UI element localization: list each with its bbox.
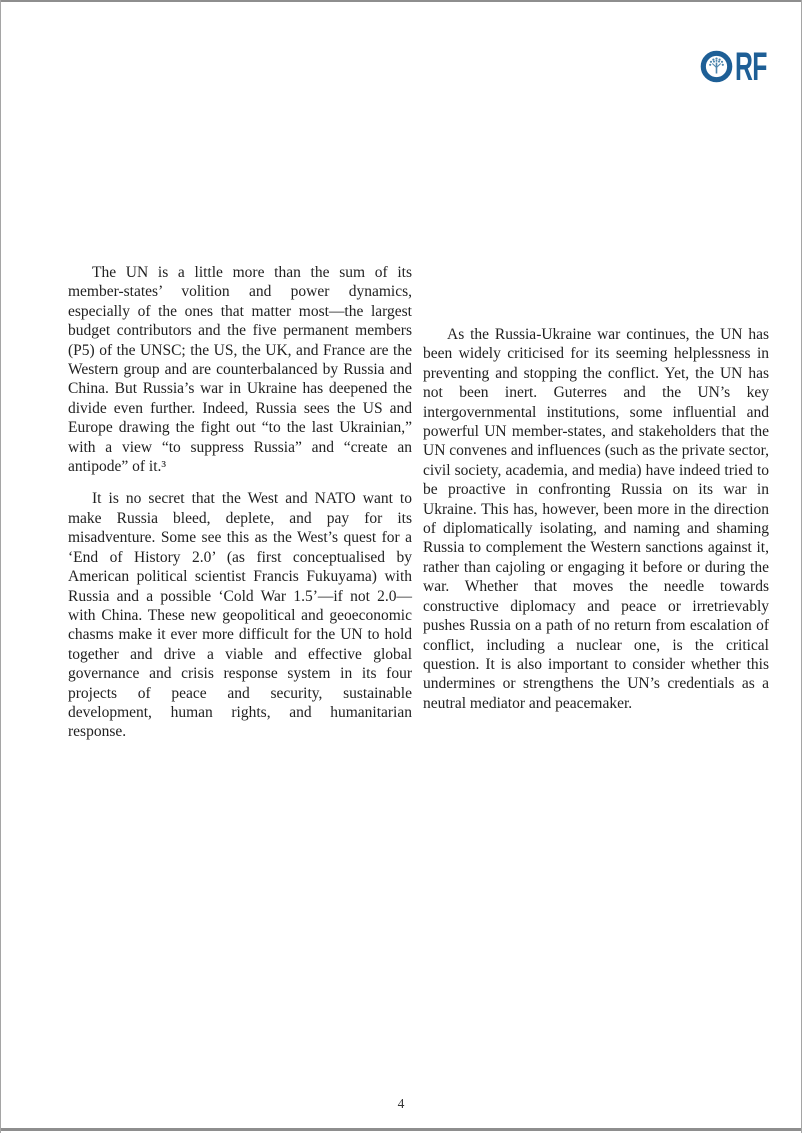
right-text-column: As the Russia-Ukraine war continues, the…: [423, 325, 769, 726]
left-text-column: The UN is a little more than the sum of …: [68, 263, 412, 755]
body-paragraph: The UN is a little more than the sum of …: [68, 263, 412, 476]
orf-logo-tree-icon: [700, 50, 733, 83]
page-number: 4: [0, 1096, 802, 1112]
page-border-top: [0, 0, 802, 2]
page-border-left: [0, 0, 1, 1133]
document-page: RF The UN is a little more than the sum …: [0, 0, 802, 1133]
orf-logo: RF: [700, 50, 786, 83]
body-paragraph: As the Russia-Ukraine war continues, the…: [423, 325, 769, 713]
orf-logo-letters: RF: [735, 51, 767, 83]
body-paragraph: It is no secret that the West and NATO w…: [68, 489, 412, 741]
page-border-bottom: [0, 1128, 802, 1131]
